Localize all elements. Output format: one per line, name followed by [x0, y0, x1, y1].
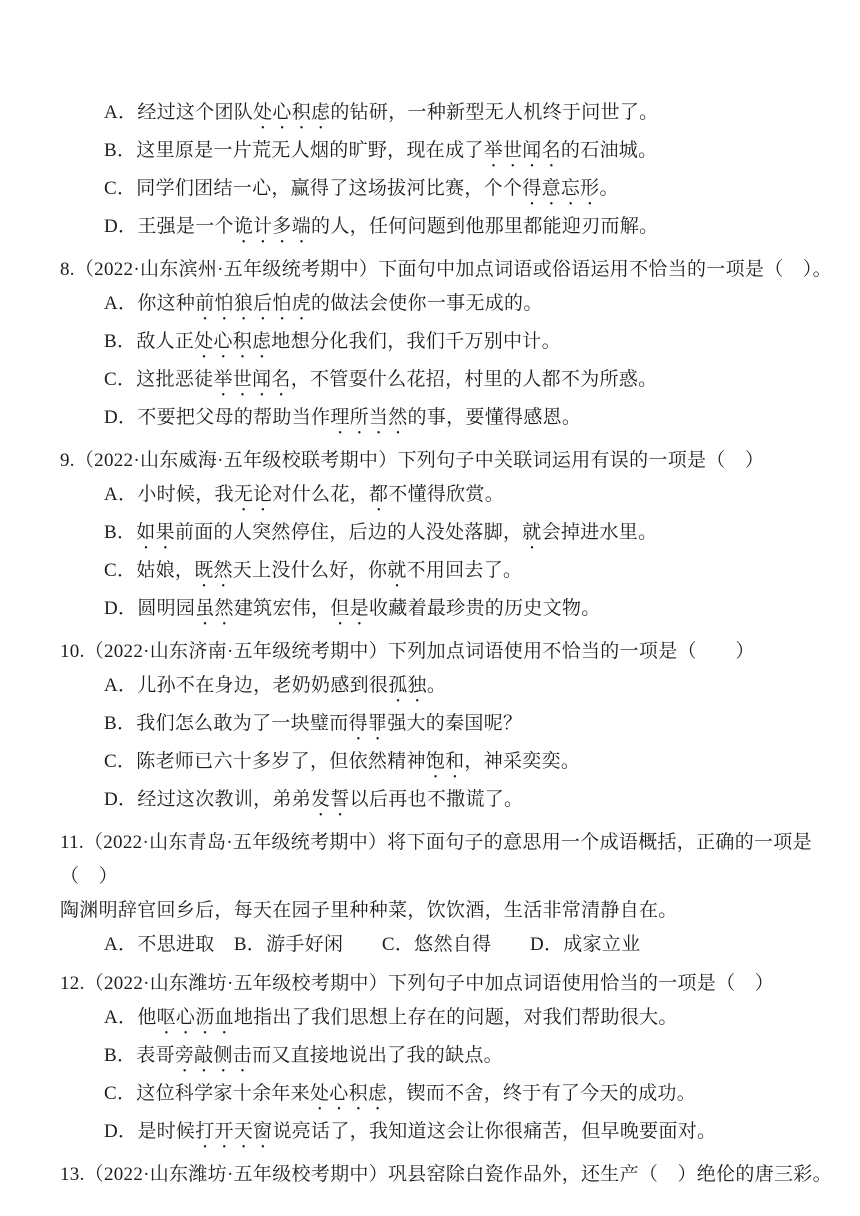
text-segment: B．表哥 [104, 1045, 175, 1066]
option-line: A．小时候，我无论对什么花，都不懂得欣赏。 [60, 478, 845, 516]
text-segment: 12.（2022·山东潍坊·五年级校考期中）下列句子中加点词语使用恰当的一项是（… [60, 973, 774, 994]
emphasized-word: 诡计多端 [234, 216, 311, 237]
text-segment: 说亮话了，我知道这会让你很痛苦，但早晚要面对。 [272, 1121, 716, 1142]
question-header: 8.（2022·山东滨州·五年级统考期中）下面句中加点词语或俗语运用不恰当的一项… [60, 253, 845, 287]
emphasized-word: 前怕狼后怕虎 [195, 293, 311, 314]
text-segment: C．这批恶徒 [104, 369, 213, 390]
text-segment: C．姑娘， [104, 560, 194, 581]
emphasized-word: 如果 [136, 522, 175, 543]
option-line: C．这位科学家十余年来处心积虑，锲而不舍，终于有了今天的成功。 [60, 1077, 845, 1115]
text-segment: D．圆明园 [104, 598, 195, 619]
text-segment: 天上没什么好，你 [233, 560, 387, 581]
option-line: C．陈老师已六十多岁了，但依然精神饱和，神采奕奕。 [60, 745, 845, 783]
text-segment: A．小时候，我 [104, 484, 234, 505]
option-line: C．姑娘，既然天上没什么好，你就不用回去了。 [60, 554, 845, 592]
option-line: B．表哥旁敲侧击而又直接地说出了我的缺点。 [60, 1039, 845, 1077]
text-segment: C．同学们团结一心，赢得了这场拔河比赛，个个 [104, 178, 522, 199]
text-segment: 地指出了我们思想上存在的问题，对我们帮助很大。 [234, 1007, 678, 1028]
text-segment: 而又直接地说出了我的缺点。 [252, 1045, 503, 1066]
emphasized-word: 但是 [330, 598, 369, 619]
text-segment: C．这位科学家十余年来 [104, 1083, 310, 1104]
text-segment: 强大的秦国呢？ [387, 713, 522, 734]
emphasized-word: 饱和 [426, 751, 465, 772]
option-line: D．圆明园虽然建筑宏伟，但是收藏着最珍贵的历史文物。 [60, 592, 845, 630]
option-line: A．你这种前怕狼后怕虎的做法会使你一事无成的。 [60, 287, 845, 325]
option-line: D．王强是一个诡计多端的人，任何问题到他那里都能迎刃而解。 [60, 210, 845, 248]
question-12: 12.（2022·山东潍坊·五年级校考期中）下列句子中加点词语使用恰当的一项是（… [60, 967, 845, 1153]
question-13: 13.（2022·山东潍坊·五年级校考期中）巩县窑除白瓷作品外，还生产（ ）绝伦… [60, 1158, 845, 1192]
text-segment: 以后再也不撒谎了。 [350, 789, 524, 810]
text-segment: B．敌人正 [104, 331, 194, 352]
option-line: B．这里原是一片荒无人烟的旷野，现在成了举世闻名的石油城。 [60, 134, 845, 172]
emphasized-word: 孤独 [388, 675, 427, 696]
emphasized-word: 就 [522, 522, 541, 543]
text-segment: A．他 [104, 1007, 157, 1028]
option-line: C．这批恶徒举世闻名，不管耍什么花招，村里的人都不为所惑。 [60, 363, 845, 401]
emphasized-word: 理所当然 [330, 407, 407, 428]
text-segment: 建筑宏伟， [234, 598, 331, 619]
option-line: B．敌人正处心积虑地想分化我们，我们千万别中计。 [60, 325, 845, 363]
emphasized-word: 打开天窗 [195, 1121, 272, 1142]
text-segment: 陶渊明辞官回乡后，每天在园子里种种菜，饮饮酒，生活非常清静自在。 [60, 900, 678, 921]
text-segment: B．我们怎么敢为了一块璧而 [104, 713, 349, 734]
text-segment: A．儿孙不在身边，老奶奶感到很 [104, 675, 388, 696]
text-segment: D．王强是一个 [104, 216, 234, 237]
text-segment: 10.（2022·山东济南·五年级统考期中）下列加点词语使用不恰当的一项是（ ） [60, 641, 755, 662]
question-10: 10.（2022·山东济南·五年级统考期中）下列加点词语使用不恰当的一项是（ ）… [60, 635, 845, 821]
emphasized-word: 虽然 [195, 598, 234, 619]
emphasized-word: 举世闻名 [484, 140, 561, 161]
text-segment: ，神采奕奕。 [464, 751, 580, 772]
option-line: B．我们怎么敢为了一块璧而得罪强大的秦国呢？ [60, 707, 845, 745]
text-segment: 前面的人突然停住，后边的人没处落脚， [175, 522, 522, 543]
option-line: A．经过这个团队处心积虑的钻研，一种新型无人机终于问世了。 [60, 96, 845, 134]
sentence-line: 陶渊明辞官回乡后，每天在园子里种种菜，饮饮酒，生活非常清静自在。 [60, 894, 845, 928]
question-header: 10.（2022·山东济南·五年级统考期中）下列加点词语使用不恰当的一项是（ ） [60, 635, 845, 669]
emphasized-word: 举世闻名 [213, 369, 290, 390]
option-line: D．是时候打开天窗说亮话了，我知道这会让你很痛苦，但早晚要面对。 [60, 1115, 845, 1153]
text-segment: 不用回去了。 [407, 560, 523, 581]
text-segment: 的钻研，一种新型无人机终于问世了。 [330, 102, 658, 123]
text-segment: A．你这种 [104, 293, 195, 314]
text-segment: 9.（2022·山东威海·五年级校联考期中）下列句子中关联词运用有误的一项是（ … [60, 450, 764, 471]
emphasized-word: 处心积虑 [310, 1083, 387, 1104]
text-segment: A．不思进取 B．游手好闲 C．悠然自得 D．成家立业 [104, 934, 641, 955]
option-line: A．他呕心沥血地指出了我们思想上存在的问题，对我们帮助很大。 [60, 1001, 845, 1039]
text-segment: 收藏着最珍贵的历史文物。 [369, 598, 601, 619]
emphasized-word: 得意忘形 [522, 178, 599, 199]
text-segment: 。 [427, 675, 446, 696]
emphasized-word: 就 [387, 560, 406, 581]
options-inline-line: A．不思进取 B．游手好闲 C．悠然自得 D．成家立业 [60, 928, 845, 962]
emphasized-word: 处心积虑 [253, 102, 330, 123]
text-segment: 会掉进水里。 [542, 522, 658, 543]
text-segment: 8.（2022·山东滨州·五年级统考期中）下面句中加点词语或俗语运用不恰当的一项… [60, 259, 832, 280]
text-segment: 的人，任何问题到他那里都能迎刃而解。 [311, 216, 658, 237]
question-8: 8.（2022·山东滨州·五年级统考期中）下面句中加点词语或俗语运用不恰当的一项… [60, 253, 845, 439]
option-line: D．不要把父母的帮助当作理所当然的事，要懂得感恩。 [60, 401, 845, 439]
question-header: 12.（2022·山东潍坊·五年级校考期中）下列句子中加点词语使用恰当的一项是（… [60, 967, 845, 1001]
emphasized-word: 发誓 [311, 789, 350, 810]
question-9: 9.（2022·山东威海·五年级校联考期中）下列句子中关联词运用有误的一项是（ … [60, 444, 845, 630]
question-header: 9.（2022·山东威海·五年级校联考期中）下列句子中关联词运用有误的一项是（ … [60, 444, 845, 478]
emphasized-word: 既然 [194, 560, 233, 581]
question-7-options: A．经过这个团队处心积虑的钻研，一种新型无人机终于问世了。B．这里原是一片荒无人… [60, 96, 845, 248]
text-segment: 13.（2022·山东潍坊·五年级校考期中）巩县窑除白瓷作品外，还生产（ ）绝伦… [60, 1164, 832, 1185]
emphasized-word: 处心积虑 [194, 331, 271, 352]
text-segment: 11.（2022·山东青岛·五年级统考期中）将下面句子的意思用一个成语概括，正确… [60, 832, 812, 853]
text-segment: B． [104, 522, 136, 543]
option-line: A．儿孙不在身边，老奶奶感到很孤独。 [60, 669, 845, 707]
question-header: 13.（2022·山东潍坊·五年级校考期中）巩县窑除白瓷作品外，还生产（ ）绝伦… [60, 1158, 845, 1192]
text-segment: 的做法会使你一事无成的。 [311, 293, 543, 314]
option-line: C．同学们团结一心，赢得了这场拔河比赛，个个得意忘形。 [60, 172, 845, 210]
text-segment: 地想分化我们，我们千万别中计。 [271, 331, 561, 352]
text-segment: 对什么花， [272, 484, 369, 505]
text-segment: B．这里原是一片荒无人烟的旷野，现在成了 [104, 140, 484, 161]
text-segment: 的石油城。 [561, 140, 658, 161]
text-segment: D．是时候 [104, 1121, 195, 1142]
emphasized-word: 旁敲侧击 [175, 1045, 252, 1066]
question-11: 11.（2022·山东青岛·五年级统考期中）将下面句子的意思用一个成语概括，正确… [60, 826, 845, 962]
text-segment: D．经过这次教训，弟弟 [104, 789, 311, 810]
text-segment: ，锲而不舍，终于有了今天的成功。 [387, 1083, 696, 1104]
text-segment: 不懂得欣赏。 [388, 484, 504, 505]
emphasized-word: 得罪 [349, 713, 388, 734]
option-line: D．经过这次教训，弟弟发誓以后再也不撒谎了。 [60, 783, 845, 821]
text-segment: D．不要把父母的帮助当作 [104, 407, 330, 428]
text-segment: 。 [599, 178, 618, 199]
emphasized-word: 都 [369, 484, 388, 505]
text-segment: A．经过这个团队 [104, 102, 253, 123]
emphasized-word: 呕心沥血 [157, 1007, 234, 1028]
text-segment: 的事，要懂得感恩。 [408, 407, 582, 428]
text-segment: ，不管耍什么花招，村里的人都不为所惑。 [291, 369, 658, 390]
text-segment: （ ） [60, 866, 118, 887]
emphasized-word: 无论 [234, 484, 273, 505]
option-line: B．如果前面的人突然停住，后边的人没处落脚，就会掉进水里。 [60, 516, 845, 554]
text-segment: C．陈老师已六十多岁了，但依然精神 [104, 751, 426, 772]
question-header: 11.（2022·山东青岛·五年级统考期中）将下面句子的意思用一个成语概括，正确… [60, 826, 845, 860]
exam-document: A．经过这个团队处心积虑的钻研，一种新型无人机终于问世了。B．这里原是一片荒无人… [0, 0, 860, 1216]
answer-blank-line: （ ） [60, 860, 845, 894]
